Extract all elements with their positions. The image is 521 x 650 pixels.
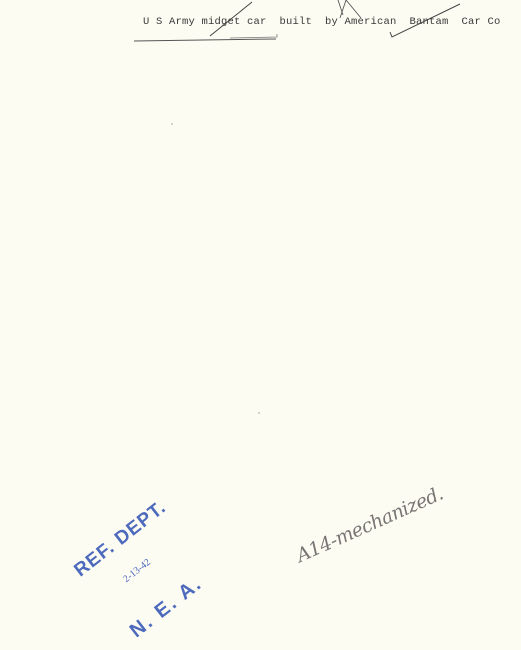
paper-speck [171, 123, 173, 125]
pencil-edit-marks [0, 0, 521, 650]
paper-speck [258, 412, 260, 414]
document-page: U S Army midget car built by American Ba… [0, 0, 521, 650]
stamp-date: 2-13-42 [121, 557, 153, 585]
stamp-nea: N. E. A. [126, 572, 207, 643]
stamp-ref-dept: REF. DEPT. [70, 497, 170, 582]
handwritten-note: A14-mechanized. [293, 483, 446, 567]
typed-caption: U S Army midget car built by American Ba… [143, 16, 501, 28]
